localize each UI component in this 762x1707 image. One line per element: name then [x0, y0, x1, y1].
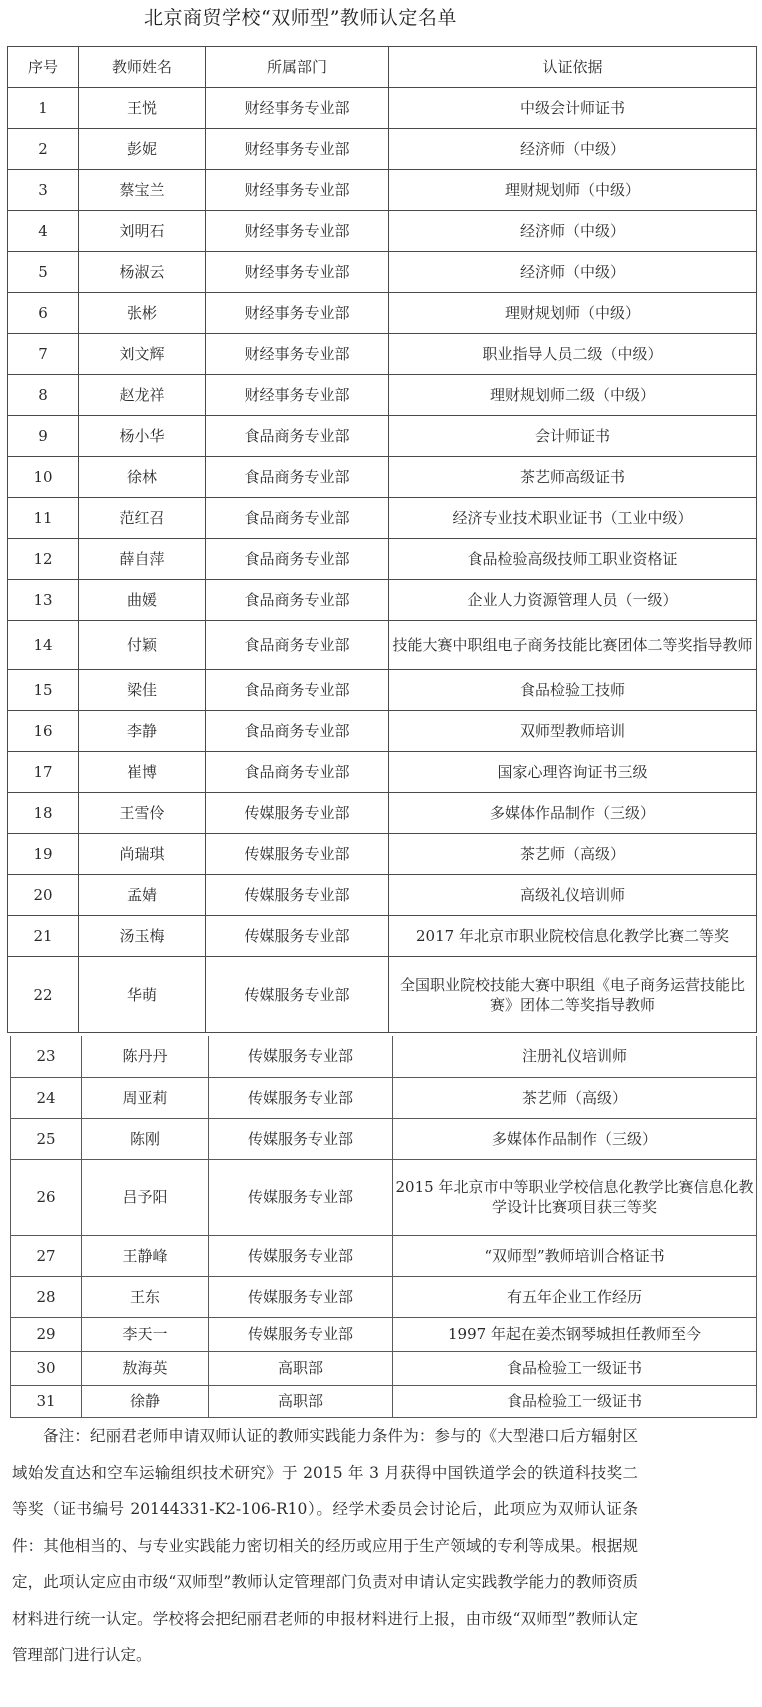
- table-row: 12薛自萍食品商务专业部食品检验高级技师工职业资格证: [8, 539, 757, 580]
- cell-no: 18: [8, 793, 79, 834]
- table-row: 2彭妮财经事务专业部经济师（中级）: [8, 129, 757, 170]
- cell-department: 传媒服务专业部: [206, 834, 389, 875]
- header-dept: 所属部门: [206, 47, 389, 88]
- cell-basis: 茶艺师高级证书: [389, 457, 757, 498]
- table-row: 5杨淑云财经事务专业部经济师（中级）: [8, 252, 757, 293]
- cell-no: 7: [8, 334, 79, 375]
- cell-department: 财经事务专业部: [206, 170, 389, 211]
- table-row: 1王悦财经事务专业部中级会计师证书: [8, 88, 757, 129]
- table-row: 27王静峰传媒服务专业部“双师型”教师培训合格证书: [11, 1235, 757, 1276]
- cell-department: 财经事务专业部: [206, 375, 389, 416]
- cell-teacher-name: 杨淑云: [79, 252, 206, 293]
- cell-basis: 理财规划师二级（中级）: [389, 375, 757, 416]
- cell-basis: “双师型”教师培训合格证书: [393, 1235, 757, 1276]
- header-no: 序号: [8, 47, 79, 88]
- cell-no: 15: [8, 670, 79, 711]
- cell-teacher-name: 梁佳: [79, 670, 206, 711]
- cell-department: 食品商务专业部: [206, 711, 389, 752]
- table-row: 15梁佳食品商务专业部食品检验工技师: [8, 670, 757, 711]
- table-row: 18王雪伶传媒服务专业部多媒体作品制作（三级）: [8, 793, 757, 834]
- cell-department: 传媒服务专业部: [206, 916, 389, 957]
- cell-no: 6: [8, 293, 79, 334]
- table-row: 19尚瑞琪传媒服务专业部茶艺师（高级）: [8, 834, 757, 875]
- cell-basis: 食品检验工一级证书: [393, 1385, 757, 1417]
- cell-basis: 多媒体作品制作（三级）: [389, 793, 757, 834]
- cell-teacher-name: 孟婧: [79, 875, 206, 916]
- table-row: 24周亚莉传媒服务专业部茶艺师（高级）: [11, 1077, 757, 1118]
- cell-basis: 注册礼仪培训师: [393, 1036, 757, 1077]
- cell-department: 传媒服务专业部: [209, 1317, 393, 1351]
- cell-department: 财经事务专业部: [206, 129, 389, 170]
- table-row: 6张彬财经事务专业部理财规划师（中级）: [8, 293, 757, 334]
- table-header-row: 序号教师姓名所属部门认证依据: [8, 47, 757, 88]
- table-row: 16李静食品商务专业部双师型教师培训: [8, 711, 757, 752]
- cell-teacher-name: 李天一: [82, 1317, 209, 1351]
- cell-teacher-name: 赵龙祥: [79, 375, 206, 416]
- header-basis: 认证依据: [389, 47, 757, 88]
- cell-basis: 企业人力资源管理人员（一级）: [389, 580, 757, 621]
- cell-department: 财经事务专业部: [206, 88, 389, 129]
- table-row: 10徐林食品商务专业部茶艺师高级证书: [8, 457, 757, 498]
- cell-no: 12: [8, 539, 79, 580]
- cell-no: 10: [8, 457, 79, 498]
- cell-no: 26: [11, 1159, 82, 1235]
- cell-no: 1: [8, 88, 79, 129]
- cell-teacher-name: 彭妮: [79, 129, 206, 170]
- table-row: 3蔡宝兰财经事务专业部理财规划师（中级）: [8, 170, 757, 211]
- table-row: 21汤玉梅传媒服务专业部2017 年北京市职业院校信息化教学比赛二等奖: [8, 916, 757, 957]
- cell-teacher-name: 王静峰: [82, 1235, 209, 1276]
- cell-no: 27: [11, 1235, 82, 1276]
- cell-basis: 食品检验高级技师工职业资格证: [389, 539, 757, 580]
- cell-department: 食品商务专业部: [206, 498, 389, 539]
- cell-basis: 职业指导人员二级（中级）: [389, 334, 757, 375]
- cell-basis: 双师型教师培训: [389, 711, 757, 752]
- cell-teacher-name: 王悦: [79, 88, 206, 129]
- cell-teacher-name: 敖海英: [82, 1351, 209, 1385]
- remarks-note: 备注：纪丽君老师申请双师认证的教师实践能力条件为：参与的《大型港口后方辐射区域始…: [12, 1418, 638, 1674]
- teacher-table-part-2: 23陈丹丹传媒服务专业部注册礼仪培训师24周亚莉传媒服务专业部茶艺师（高级）25…: [10, 1036, 757, 1418]
- cell-teacher-name: 汤玉梅: [79, 916, 206, 957]
- cell-department: 传媒服务专业部: [206, 875, 389, 916]
- table-row: 25陈刚传媒服务专业部多媒体作品制作（三级）: [11, 1118, 757, 1159]
- header-name: 教师姓名: [79, 47, 206, 88]
- cell-basis: 有五年企业工作经历: [393, 1276, 757, 1317]
- cell-basis: 高级礼仪培训师: [389, 875, 757, 916]
- cell-teacher-name: 徐林: [79, 457, 206, 498]
- table-row: 28王东传媒服务专业部有五年企业工作经历: [11, 1276, 757, 1317]
- cell-basis: 经济师（中级）: [389, 211, 757, 252]
- cell-teacher-name: 张彬: [79, 293, 206, 334]
- cell-basis: 中级会计师证书: [389, 88, 757, 129]
- cell-teacher-name: 刘明石: [79, 211, 206, 252]
- cell-teacher-name: 尚瑞琪: [79, 834, 206, 875]
- cell-department: 传媒服务专业部: [206, 957, 389, 1033]
- cell-teacher-name: 崔博: [79, 752, 206, 793]
- cell-department: 传媒服务专业部: [209, 1276, 393, 1317]
- cell-department: 财经事务专业部: [206, 334, 389, 375]
- cell-teacher-name: 王东: [82, 1276, 209, 1317]
- cell-department: 传媒服务专业部: [209, 1118, 393, 1159]
- cell-basis: 会计师证书: [389, 416, 757, 457]
- cell-teacher-name: 吕予阳: [82, 1159, 209, 1235]
- cell-basis: 食品检验工一级证书: [393, 1351, 757, 1385]
- cell-no: 20: [8, 875, 79, 916]
- cell-department: 财经事务专业部: [206, 211, 389, 252]
- cell-no: 5: [8, 252, 79, 293]
- cell-teacher-name: 李静: [79, 711, 206, 752]
- table-row: 9杨小华食品商务专业部会计师证书: [8, 416, 757, 457]
- document-title: 北京商贸学校“双师型”教师认定名单: [0, 4, 762, 32]
- table-row: 22华萌传媒服务专业部全国职业院校技能大赛中职组《电子商务运营技能比赛》团体二等…: [8, 957, 757, 1033]
- cell-no: 21: [8, 916, 79, 957]
- cell-basis: 2017 年北京市职业院校信息化教学比赛二等奖: [389, 916, 757, 957]
- cell-basis: 2015 年北京市中等职业学校信息化教学比赛信息化教学设计比赛项目获三等奖: [393, 1159, 757, 1235]
- cell-department: 高职部: [209, 1385, 393, 1417]
- cell-no: 16: [8, 711, 79, 752]
- table-row: 8赵龙祥财经事务专业部理财规划师二级（中级）: [8, 375, 757, 416]
- cell-basis: 国家心理咨询证书三级: [389, 752, 757, 793]
- cell-department: 财经事务专业部: [206, 293, 389, 334]
- cell-no: 24: [11, 1077, 82, 1118]
- table-row: 20孟婧传媒服务专业部高级礼仪培训师: [8, 875, 757, 916]
- cell-no: 19: [8, 834, 79, 875]
- cell-no: 29: [11, 1317, 82, 1351]
- cell-teacher-name: 陈刚: [82, 1118, 209, 1159]
- cell-department: 传媒服务专业部: [209, 1235, 393, 1276]
- cell-department: 传媒服务专业部: [209, 1159, 393, 1235]
- cell-department: 食品商务专业部: [206, 580, 389, 621]
- cell-department: 食品商务专业部: [206, 457, 389, 498]
- table-row: 29李天一传媒服务专业部1997 年起在姜杰钢琴城担任教师至今: [11, 1317, 757, 1351]
- cell-no: 14: [8, 621, 79, 670]
- cell-department: 食品商务专业部: [206, 416, 389, 457]
- cell-basis: 经济师（中级）: [389, 129, 757, 170]
- table-row: 4刘明石财经事务专业部经济师（中级）: [8, 211, 757, 252]
- cell-department: 食品商务专业部: [206, 539, 389, 580]
- table-row: 11范红召食品商务专业部经济专业技术职业证书（工业中级）: [8, 498, 757, 539]
- cell-teacher-name: 王雪伶: [79, 793, 206, 834]
- table-row: 17崔博食品商务专业部国家心理咨询证书三级: [8, 752, 757, 793]
- cell-no: 23: [11, 1036, 82, 1077]
- cell-teacher-name: 刘文辉: [79, 334, 206, 375]
- cell-no: 22: [8, 957, 79, 1033]
- cell-teacher-name: 曲媛: [79, 580, 206, 621]
- cell-basis: 技能大赛中职组电子商务技能比赛团体二等奖指导教师: [389, 621, 757, 670]
- cell-no: 9: [8, 416, 79, 457]
- cell-no: 30: [11, 1351, 82, 1385]
- cell-teacher-name: 陈丹丹: [82, 1036, 209, 1077]
- cell-department: 传媒服务专业部: [209, 1077, 393, 1118]
- cell-basis: 茶艺师（高级）: [393, 1077, 757, 1118]
- cell-teacher-name: 范红召: [79, 498, 206, 539]
- teacher-table-part-1: 序号教师姓名所属部门认证依据1王悦财经事务专业部中级会计师证书2彭妮财经事务专业…: [7, 46, 757, 1033]
- cell-department: 食品商务专业部: [206, 752, 389, 793]
- cell-no: 2: [8, 129, 79, 170]
- cell-basis: 食品检验工技师: [389, 670, 757, 711]
- cell-teacher-name: 周亚莉: [82, 1077, 209, 1118]
- cell-basis: 理财规划师（中级）: [389, 293, 757, 334]
- cell-department: 高职部: [209, 1351, 393, 1385]
- cell-basis: 理财规划师（中级）: [389, 170, 757, 211]
- cell-no: 13: [8, 580, 79, 621]
- cell-department: 传媒服务专业部: [209, 1036, 393, 1077]
- cell-no: 28: [11, 1276, 82, 1317]
- cell-department: 食品商务专业部: [206, 621, 389, 670]
- table-row: 13曲媛食品商务专业部企业人力资源管理人员（一级）: [8, 580, 757, 621]
- table-row: 23陈丹丹传媒服务专业部注册礼仪培训师: [11, 1036, 757, 1077]
- cell-basis: 全国职业院校技能大赛中职组《电子商务运营技能比赛》团体二等奖指导教师: [389, 957, 757, 1033]
- cell-teacher-name: 杨小华: [79, 416, 206, 457]
- cell-teacher-name: 付颖: [79, 621, 206, 670]
- cell-no: 8: [8, 375, 79, 416]
- cell-basis: 茶艺师（高级）: [389, 834, 757, 875]
- cell-basis: 经济师（中级）: [389, 252, 757, 293]
- table-row: 31徐静高职部食品检验工一级证书: [11, 1385, 757, 1417]
- table-row: 30敖海英高职部食品检验工一级证书: [11, 1351, 757, 1385]
- cell-no: 4: [8, 211, 79, 252]
- table-row: 7刘文辉财经事务专业部职业指导人员二级（中级）: [8, 334, 757, 375]
- cell-basis: 1997 年起在姜杰钢琴城担任教师至今: [393, 1317, 757, 1351]
- cell-teacher-name: 薛自萍: [79, 539, 206, 580]
- cell-department: 食品商务专业部: [206, 670, 389, 711]
- cell-department: 财经事务专业部: [206, 252, 389, 293]
- cell-no: 25: [11, 1118, 82, 1159]
- cell-teacher-name: 华萌: [79, 957, 206, 1033]
- cell-no: 17: [8, 752, 79, 793]
- cell-department: 传媒服务专业部: [206, 793, 389, 834]
- cell-basis: 多媒体作品制作（三级）: [393, 1118, 757, 1159]
- cell-teacher-name: 徐静: [82, 1385, 209, 1417]
- cell-no: 31: [11, 1385, 82, 1417]
- cell-teacher-name: 蔡宝兰: [79, 170, 206, 211]
- table-row: 26吕予阳传媒服务专业部2015 年北京市中等职业学校信息化教学比赛信息化教学设…: [11, 1159, 757, 1235]
- cell-basis: 经济专业技术职业证书（工业中级）: [389, 498, 757, 539]
- cell-no: 11: [8, 498, 79, 539]
- table-row: 14付颖食品商务专业部技能大赛中职组电子商务技能比赛团体二等奖指导教师: [8, 621, 757, 670]
- cell-no: 3: [8, 170, 79, 211]
